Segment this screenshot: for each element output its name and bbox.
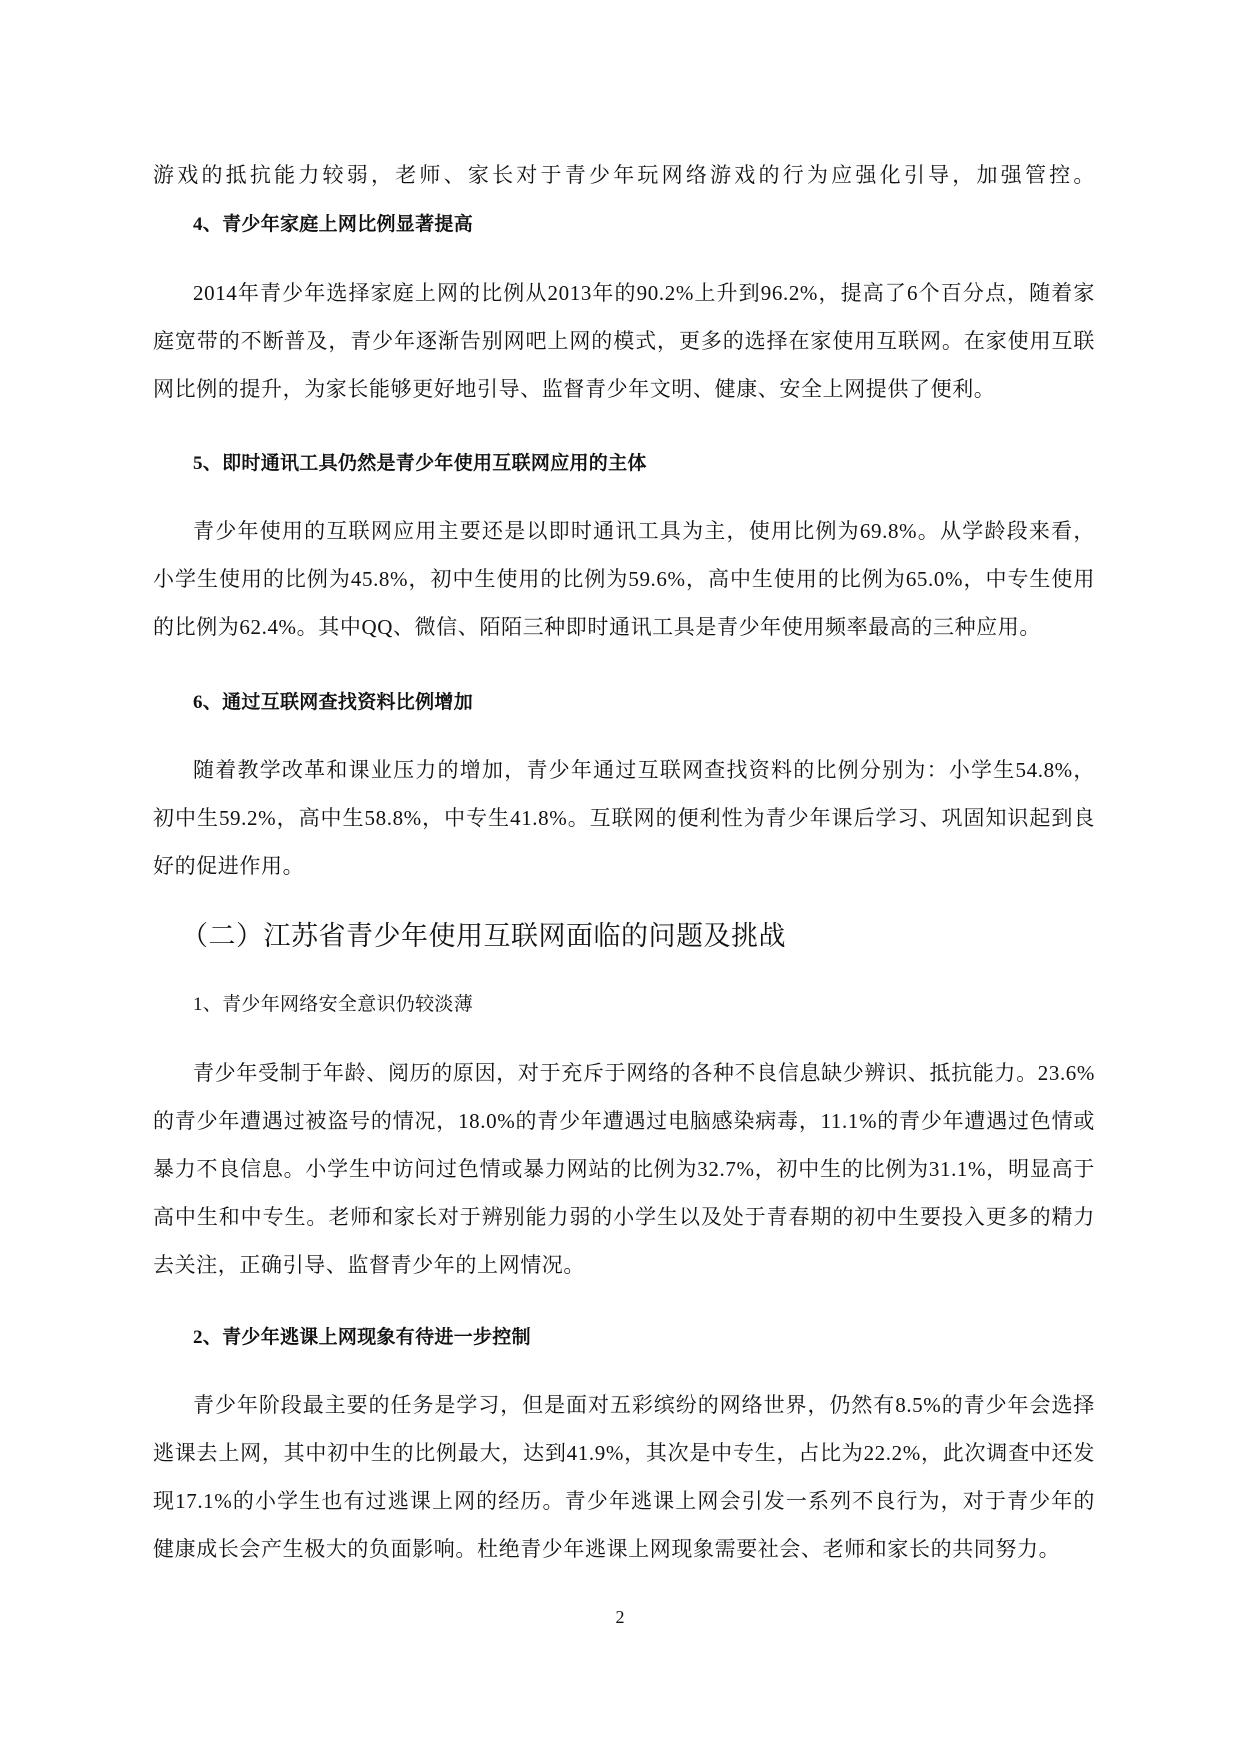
paragraph-line: 随着教学改革和课业压力的增加，青少年通过互联网查找资料的比例分别为：小学生54.… [153,755,1095,785]
subheading: 1、青少年网络安全意识仍较淡薄 [153,990,1135,1020]
paragraph-line: 青少年阶段最主要的任务是学习，但是面对五彩缤纷的网络世界，仍然有8.5%的青少年… [153,1390,1095,1420]
paragraph-line: 青少年受制于年龄、阅历的原因，对于充斥于网络的各种不良信息缺少辨识、抵抗能力。2… [153,1058,1095,1088]
paragraph-line: 的比例为62.4%。其中QQ、微信、陌陌三种即时通讯工具是青少年使用频率最高的三… [153,612,1095,642]
subheading: 6、通过互联网查找资料比例增加 [153,688,1135,718]
paragraph-line: 高中生和中专生。老师和家长对于辨别能力弱的小学生以及处于青春期的初中生要投入更多… [153,1202,1095,1232]
paragraph-line: 青少年使用的互联网应用主要还是以即时通讯工具为主，使用比例为69.8%。从学龄段… [153,516,1095,546]
subheading: 5、即时通讯工具仍然是青少年使用互联网应用的主体 [153,449,1135,479]
paragraph-line: 初中生59.2%，高中生58.8%，中专生41.8%。互联网的便利性为青少年课后… [153,803,1095,833]
paragraph-line: 去关注，正确引导、监督青少年的上网情况。 [153,1250,1095,1280]
page-number: 2 [0,1607,1240,1628]
paragraph-line: 2014年青少年选择家庭上网的比例从2013年的90.2%上升到96.2%，提高… [153,278,1095,308]
paragraph-line: 暴力不良信息。小学生中访问过色情或暴力网站的比例为32.7%，初中生的比例为31… [153,1154,1095,1184]
paragraph-line: 现17.1%的小学生也有过逃课上网的经历。青少年逃课上网会引发一系列不良行为，对… [153,1486,1095,1516]
paragraph-line: 小学生使用的比例为45.8%，初中生使用的比例为59.6%，高中生使用的比例为6… [153,564,1095,594]
subheading: 4、青少年家庭上网比例显著提高 [153,210,1135,240]
paragraph-line: 好的促进作用。 [153,851,1095,881]
paragraph-line: 网比例的提升，为家长能够更好地引导、监督青少年文明、健康、安全上网提供了便利。 [153,374,1095,404]
paragraph-line: 的青少年遭遇过被盗号的情况，18.0%的青少年遭遇过电脑感染病毒，11.1%的青… [153,1106,1095,1136]
paragraph-line: 庭宽带的不断普及，青少年逐渐告别网吧上网的模式，更多的选择在家使用互联网。在家使… [153,326,1095,356]
section-title: （二）江苏省青少年使用互联网面临的问题及挑战 [153,918,1123,954]
paragraph-line: 逃课去上网，其中初中生的比例最大，达到41.9%，其次是中专生，占比为22.2%… [153,1438,1095,1468]
subheading: 2、青少年逃课上网现象有待进一步控制 [153,1323,1135,1353]
paragraph-line: 游戏的抵抗能力较弱，老师、家长对于青少年玩网络游戏的行为应强化引导，加强管控。 [153,160,1095,190]
paragraph-line: 健康成长会产生极大的负面影响。杜绝青少年逃课上网现象需要社会、老师和家长的共同努… [153,1534,1095,1564]
